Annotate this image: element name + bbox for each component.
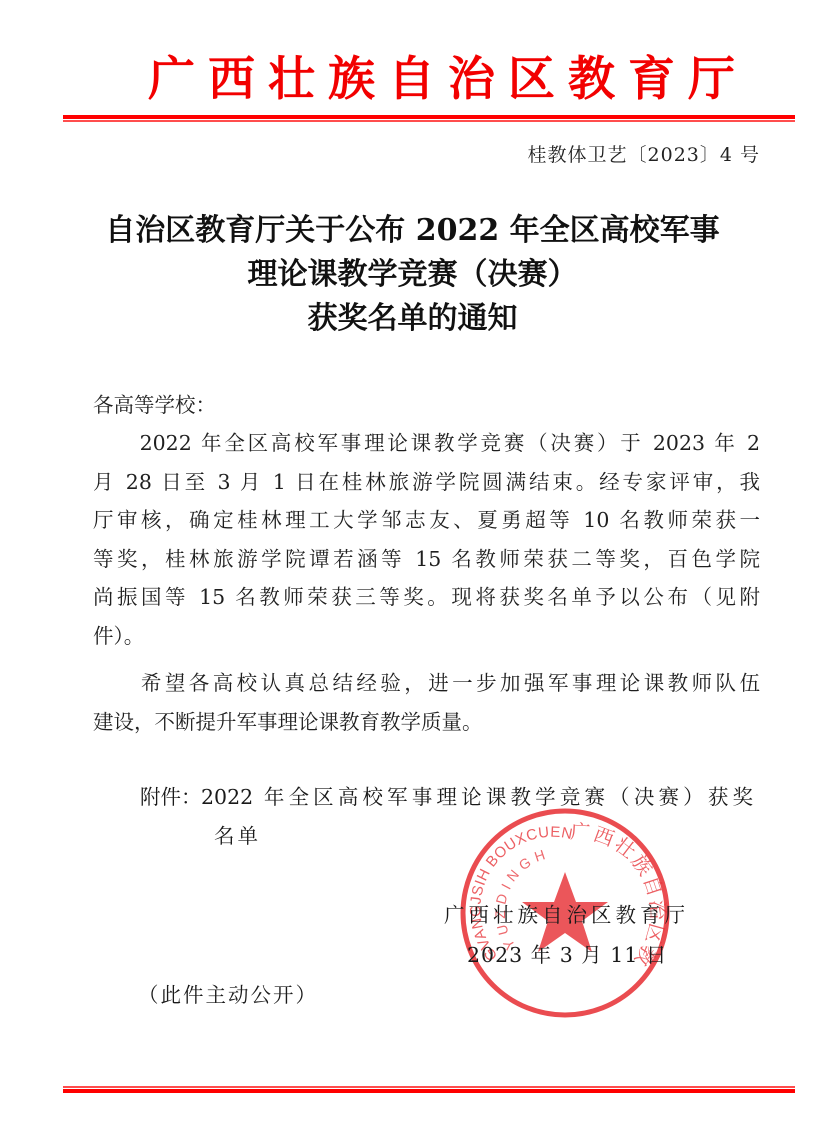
paragraph-1-line: 尚振国等 15 名教师荣获三等奖。现将获奖名单予以公布（见附 — [93, 583, 760, 611]
paragraph-1-line-text: 等奖，桂林旅游学院谭若涵等 15 名教师荣获二等奖，百色学院 — [93, 545, 760, 573]
paragraph-1-line-text: 月 28 日至 3 月 1 日在桂林旅游学院圆满结束。经专家评审，我 — [93, 468, 760, 496]
paragraph-1-line-text: 厅审核，确定桂林理工大学邹志友、夏勇超等 10 名教师荣获一 — [93, 506, 760, 534]
paragraph-1-line: 等奖，桂林旅游学院谭若涵等 15 名教师荣获二等奖，百色学院 — [93, 545, 760, 573]
attachment-label: 附件： — [140, 783, 202, 811]
issuer-signature: 广西壮族自治区教育厅 — [444, 901, 689, 929]
paragraph-2-line-text: 希望各高校认真总结经验，进一步加强军事理论课教师队伍 — [93, 669, 760, 697]
header-rule-thick — [63, 115, 795, 119]
issue-date: 2023 年 3 月 11 日 — [467, 941, 667, 969]
paragraph-1-line-last: 件）。 — [93, 622, 760, 650]
paragraph-2-line-last: 建设，不断提升军事理论课教育教学质量。 — [93, 708, 760, 736]
notice-title-line-2: 理论课教学竞赛（决赛） — [0, 255, 825, 295]
document-number: 桂教体卫艺〔2023〕4 号 — [528, 142, 760, 168]
salutation: 各高等学校： — [93, 391, 760, 419]
notice-title-line-3: 获奖名单的通知 — [0, 299, 825, 339]
paragraph-1-line: 厅审核，确定桂林理工大学邹志友、夏勇超等 10 名教师荣获一 — [93, 506, 760, 534]
paragraph-1-line: 2022 年全区高校军事理论课教学竞赛（决赛）于 2023 年 2 — [93, 429, 760, 457]
paragraph-2-line: 希望各高校认真总结经验，进一步加强军事理论课教师队伍 — [93, 669, 760, 697]
header-rule-thin — [63, 120, 795, 122]
notice-title-line-1: 自治区教育厅关于公布 2022 年全区高校军事 — [0, 211, 825, 251]
paragraph-1-line-text: 2022 年全区高校军事理论课教学竞赛（决赛）于 2023 年 2 — [93, 429, 760, 457]
masthead-title: 广西壮族自治区教育厅 — [148, 52, 708, 108]
paragraph-1-line-text: 尚振国等 15 名教师荣获三等奖。现将获奖名单予以公布（见附 — [93, 583, 760, 611]
paragraph-1-line: 月 28 日至 3 月 1 日在桂林旅游学院圆满结束。经专家评审，我 — [93, 468, 760, 496]
attachment-title-line-2: 名单 — [214, 822, 261, 850]
footer-rule-thick — [63, 1089, 795, 1093]
footer-rule-thin — [63, 1086, 795, 1088]
disclosure-note: （此件主动公开） — [138, 981, 318, 1009]
